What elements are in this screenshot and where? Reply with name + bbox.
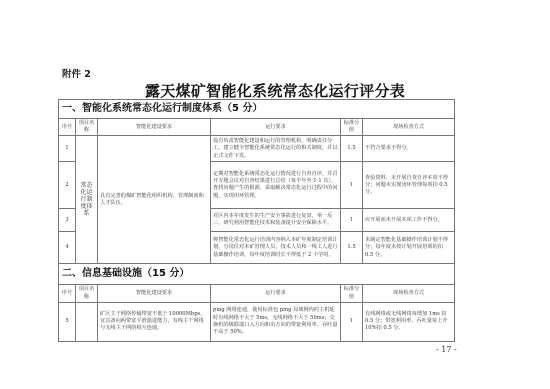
row-seq: 5 bbox=[59, 302, 76, 341]
header-item: 项目名称 bbox=[76, 119, 98, 136]
row-seq: 1 bbox=[59, 136, 76, 162]
section-heading-1: 一、智能化系统常态化运行制度体系（5 分） bbox=[59, 100, 455, 119]
table-row: 1 常态化运行制度体系 具有完善的煤矿智能化组织机构、管理制度和人才队伍。 设有… bbox=[59, 136, 455, 162]
item-group-name: 常态化运行制度体系 bbox=[80, 182, 94, 217]
row-score: 1 bbox=[341, 302, 363, 341]
header-item: 项目名称 bbox=[76, 285, 98, 302]
section-heading-2: 二、信息基础设施（15 分） bbox=[59, 264, 455, 285]
row-operation-req: 设有负责智能化建设和运行的管理机构，明确责任分工，建立健全智能化系统常态化运行的… bbox=[211, 136, 341, 162]
row-score: 1.5 bbox=[341, 232, 363, 264]
column-header-row-2: 序号 项目名称 智能化建设要求 运行要求 标准分值 现场检查方式 bbox=[59, 285, 455, 302]
row-construction-req: 具有完善的煤矿智能化组织机构、管理制度和人才队伍。 bbox=[98, 136, 211, 264]
header-operation-req: 运行要求 bbox=[211, 119, 341, 136]
row-inspection: 应开展而未开展本项工作不得分。 bbox=[363, 209, 455, 232]
header-score: 标准分值 bbox=[341, 285, 363, 302]
row-operation-req: 将智能化常态化运行培训内容纳入本矿年度制定培训计划，分岗位对本矿管理人员、技术人… bbox=[211, 232, 341, 264]
scoring-table: 一、智能化系统常态化运行制度体系（5 分） 序号 项目名称 智能化建设要求 运行… bbox=[58, 99, 455, 342]
row-construction-req: 矿区主干网络传输带宽不低于 10000Mbps，宜具备向两带宽平滑演进能力，有线… bbox=[98, 302, 211, 341]
row-score: 1 bbox=[341, 162, 363, 209]
row-inspection: 有线网络或无线网络每增加 1ms 扣 0.5 分；带宽利用率、吞吐量每上升 10… bbox=[363, 302, 455, 341]
header-seq: 序号 bbox=[59, 119, 76, 136]
row-inspection: 未制定智能化基础操作培训计划不得分；每年度未按计划开展培训的扣 0.5 分。 bbox=[363, 232, 455, 264]
header-operation-req: 运行要求 bbox=[211, 285, 341, 302]
row-operation-req: ping 网络连通，使用标准包 ping 局域网内的主机延时有线网络不大于 5m… bbox=[211, 302, 341, 341]
header-score: 标准分值 bbox=[341, 119, 363, 136]
row-inspection: 不符合要求不得分。 bbox=[363, 136, 455, 162]
attachment-label: 附件 2 bbox=[62, 66, 91, 80]
header-construction-req: 智能化建设要求 bbox=[98, 119, 211, 136]
header-construction-req: 智能化建设要求 bbox=[98, 285, 211, 302]
row-seq: 2 bbox=[59, 162, 76, 209]
document-title: 露天煤矿智能化系统常态化运行评分表 bbox=[0, 80, 550, 101]
row-item bbox=[76, 302, 98, 341]
row-score: 1.5 bbox=[341, 136, 363, 162]
table-row: 5 矿区主干网络传输带宽不低于 10000Mbps，宜具备向两带宽平滑演进能力，… bbox=[59, 302, 455, 341]
column-header-row-1: 序号 项目名称 智能化建设要求 运行要求 标准分值 现场检查方式 bbox=[59, 119, 455, 136]
header-inspection: 现场检查方式 bbox=[363, 285, 455, 302]
row-item-group: 常态化运行制度体系 bbox=[76, 136, 98, 264]
page-number: - 17 - bbox=[436, 345, 457, 354]
row-score: 1 bbox=[341, 209, 363, 232]
row-operation-req: 定期对智能化系统常态化运行情况进行自查自评，并召开专题会议对自查结果进行总结（每… bbox=[211, 162, 341, 209]
row-seq: 4 bbox=[59, 232, 76, 264]
header-seq: 序号 bbox=[59, 285, 76, 302]
row-seq: 3 bbox=[59, 209, 76, 232]
row-operation-req: 对区内本年度发生的生产安全事故进行复盘，举一反三，研究利用智能化技术和装备提升安… bbox=[211, 209, 341, 232]
header-inspection: 现场检查方式 bbox=[363, 119, 455, 136]
row-inspection: 查验资料，未开展自查自评本项不得分；问题未实现闭环管理每项扣 0.5 分。 bbox=[363, 162, 455, 209]
